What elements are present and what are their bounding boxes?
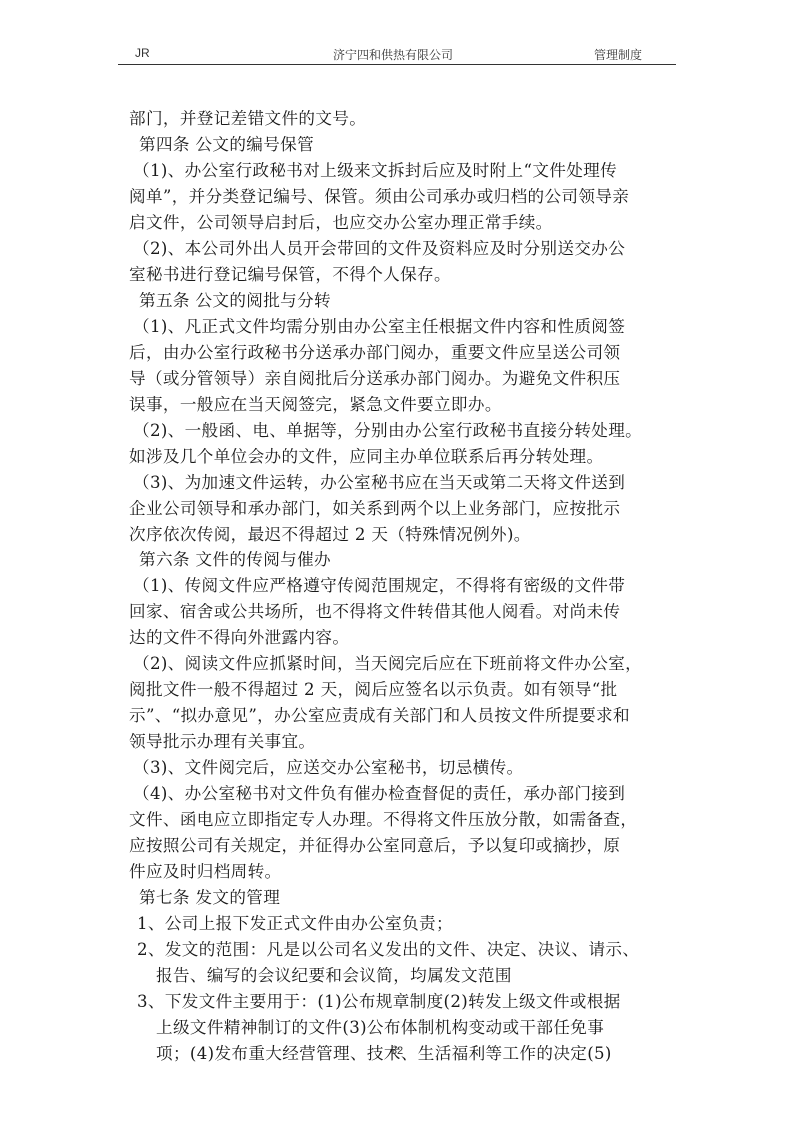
text-line: 后，由办公室行政秘书分送承办部门阅办，重要文件应呈送公司领: [129, 340, 677, 366]
text-line: 启文件，公司领导启封后，也应交办公室办理正常手续。: [129, 210, 677, 236]
list-item-continuation: 报告、编写的会议纪要和会议简，均属发文范围: [129, 963, 677, 989]
paragraph-start: （1)、传阅文件应严格遵守传阅范围规定，不得将有密级的文件带: [129, 573, 677, 599]
text-line: 阅单”，并分类登记编号、保管。须由公司承办或归档的公司领导亲: [129, 184, 677, 210]
text-line: 导（或分管领导）亲自阅批后分送承办部门阅办。为避免文件积压: [129, 366, 677, 392]
text-line: 件应及时归档周转。: [129, 859, 677, 885]
list-item: 3、下发文件主要用于：(1)公布规章制度(2)转发上级文件或根据: [129, 989, 677, 1015]
paragraph-start: （1)、凡正式文件均需分别由办公室主任根据文件内容和性质阅签: [129, 314, 677, 340]
text-line: 阅批文件一般不得超过 2 天，阅后应签名以示负责。如有领导“批: [129, 677, 677, 703]
list-item: 2、发文的范围：凡是以公司名义发出的文件、决定、决议、请示、: [129, 937, 677, 963]
list-item-continuation: 上级文件精神制订的文件(3)公布体制机构变动或干部任免事: [129, 1015, 677, 1041]
text-line: 次序依次传阅，最迟不得超过 2 天（特殊情况例外)。: [129, 522, 677, 548]
text-line: 示”、“拟办意见”，办公室应责成有关部门和人员按文件所提要求和: [129, 703, 677, 729]
page-header: JR 济宁四和供热有限公司 管理制度: [118, 44, 676, 65]
text-line: 室秘书进行登记编号保管，不得个人保存。: [129, 262, 677, 288]
text-line: 如涉及几个单位会办的文件，应同主办单位联系后再分转处理。: [129, 444, 677, 470]
paragraph-start: （2)、一般函、电、单据等，分别由办公室行政秘书直接分转处理。: [129, 418, 677, 444]
text-line: 达的文件不得向外泄露内容。: [129, 625, 677, 651]
header-code: JR: [135, 46, 150, 60]
paragraph-start: （2)、本公司外出人员开会带回的文件及资料应及时分别送交办公: [129, 236, 677, 262]
document-body: 部门，并登记差错文件的文号。第四条 公文的编号保管（1)、办公室行政秘书对上级来…: [129, 106, 677, 1067]
header-section-title: 管理制度: [594, 46, 642, 63]
text-line: 应按照公司有关规定，并征得办公室同意后，予以复印或摘抄，原: [129, 833, 677, 859]
paragraph-start: （3)、文件阅完后，应送交办公室秘书，切忌横传。: [129, 755, 677, 781]
text-line: 文件、函电应立即指定专人办理。不得将文件压放分散，如需备查，: [129, 807, 677, 833]
page-number: 32: [0, 1045, 794, 1057]
text-line: 部门，并登记差错文件的文号。: [129, 106, 677, 132]
article-heading: 第七条 发文的管理: [129, 885, 677, 911]
paragraph-start: （4)、办公室秘书对文件负有催办检查督促的责任，承办部门接到: [129, 781, 677, 807]
text-line: 回家、宿舍或公共场所，也不得将文件转借其他人阅看。对尚未传: [129, 599, 677, 625]
header-company-name: 济宁四和供热有限公司: [333, 46, 453, 63]
paragraph-start: （3)、为加速文件运转，办公室秘书应在当天或第二天将文件送到: [129, 470, 677, 496]
article-heading: 第四条 公文的编号保管: [129, 132, 677, 158]
text-line: 误事，一般应在当天阅签完，紧急文件要立即办。: [129, 392, 677, 418]
text-line: 企业公司领导和承办部门，如关系到两个以上业务部门，应按批示: [129, 496, 677, 522]
article-heading: 第五条 公文的阅批与分转: [129, 288, 677, 314]
text-line: 领导批示办理有关事宜。: [129, 729, 677, 755]
paragraph-start: （2)、阅读文件应抓紧时间，当天阅完后应在下班前将文件办公室，: [129, 651, 677, 677]
article-heading: 第六条 文件的传阅与催办: [129, 547, 677, 573]
paragraph-start: （1)、办公室行政秘书对上级来文拆封后应及时附上“文件处理传: [129, 158, 677, 184]
list-item: 1、公司上报下发正式文件由办公室负责；: [129, 911, 677, 937]
